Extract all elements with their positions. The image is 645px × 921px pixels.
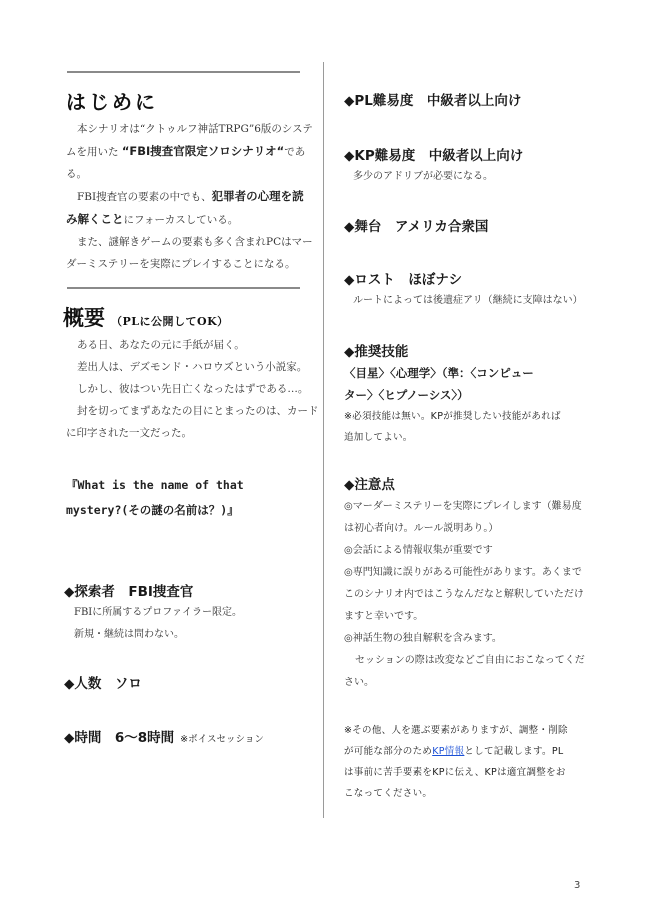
intro-line: み解くことにフォーカスしている。 (66, 208, 313, 231)
players-heading: ◆人数 ソロ (64, 672, 142, 692)
footnote-line: こなってください。 (344, 783, 568, 804)
kp-difficulty-note: 多少のアドリブが必要になる。 (353, 166, 493, 188)
intro-line: る。 (66, 163, 313, 185)
skills-note-line: 追加してよい。 (344, 427, 561, 448)
overview-line: に印字された一文だった。 (66, 422, 319, 444)
overview-subtitle: （PLに公開してOK） (111, 315, 229, 328)
pl-difficulty-heading: ◆PL難易度 中級者以上向け (344, 89, 521, 109)
kp-info-link[interactable]: KP情報 (432, 746, 464, 757)
card-quote: 『What is the name of that mystery?(その謎の名… (66, 473, 244, 523)
footnote-line: が可能な部分のためKP情報として記載します。PL (344, 741, 568, 762)
intro-paragraph: 本シナリオは“クトゥルフ神話TRPG”6版のシステ ムを用いた “FBI捜査官限… (66, 118, 313, 275)
emphasis-text: “FBI捜査官限定ソロシナリオ“ (122, 144, 284, 158)
overview-title: 概要（PLに公開してOK） (63, 302, 229, 332)
column-divider (323, 62, 324, 818)
skills-heading: ◆推奨技能 (344, 340, 408, 360)
skills-line: ター〉〈ヒプノーシス〉） (344, 384, 534, 406)
footnote-line: ※その他、人を選ぶ要素がありますが、調整・削除 (344, 720, 568, 741)
top-rule (67, 71, 300, 73)
intro-line: また、謎解きゲームの要素も多く含まれPCはマー (66, 231, 313, 253)
overview-line: ある日、あなたの元に手紙が届く。 (66, 334, 319, 356)
page-number: 3 (574, 880, 580, 891)
stage-heading: ◆舞台 アメリカ合衆国 (344, 215, 488, 235)
intro-title: はじめに (66, 86, 158, 115)
caution-list: ◎マーダーミステリーを実際にプレイします（難易度 は初心者向け。ルール説明あり。… (344, 496, 585, 694)
caution-line: ◎会話による情報収集が重要です (344, 540, 585, 562)
caution-heading: ◆注意点 (344, 473, 395, 493)
time-note: ※ボイスセッション (180, 734, 264, 745)
footnote-line: は事前に苦手要素をKPに伝え、KPは適宜調整をお (344, 762, 568, 783)
caution-line: ◎専門知識に誤りがある可能性があります。あくまで (344, 562, 585, 584)
quote-line: 『What is the name of that (66, 473, 244, 498)
skills-notes: ※必須技能は無い。KPが推奨したい技能があれば 追加してよい。 (344, 406, 561, 448)
caution-line: このシナリオ内ではこうなんだなと解釈していただけ (344, 584, 585, 606)
investigator-heading: ◆探索者 FBI捜査官 (64, 580, 193, 600)
overview-paragraph: ある日、あなたの元に手紙が届く。 差出人は、デズモンド・ハロウズという小説家。 … (66, 334, 319, 444)
section-rule (67, 287, 300, 289)
lost-note: ルートによっては後遺症アリ（継続に支障はない） (353, 290, 583, 312)
time-heading-text: ◆時間 6〜8時間 (64, 730, 174, 746)
caution-line: ◎マーダーミステリーを実際にプレイします（難易度 (344, 496, 585, 518)
emphasis-text: み解くこと (66, 212, 124, 226)
intro-line: 本シナリオは“クトゥルフ神話TRPG”6版のシステ (66, 118, 313, 140)
footnote: ※その他、人を選ぶ要素がありますが、調整・削除 が可能な部分のためKP情報として… (344, 720, 568, 804)
skills-note-line: ※必須技能は無い。KPが推奨したい技能があれば (344, 406, 561, 427)
time-heading: ◆時間 6〜8時間※ボイスセッション (64, 726, 264, 746)
investigator-body: FBIに所属するプロファイラー限定。 新規・継続は問わない。 (74, 602, 242, 646)
caution-line: セッションの際は改変などご自由におこなってくだ (344, 650, 585, 672)
overview-line: 差出人は、デズモンド・ハロウズという小説家。 (66, 356, 319, 378)
skills-list: 〈目星〉〈心理学〉（準：〈コンピュー ター〉〈ヒプノーシス〉） (344, 362, 534, 406)
caution-line: は初心者向け。ルール説明あり。） (344, 518, 585, 540)
caution-line: さい。 (344, 672, 585, 694)
caution-line: ◎神話生物の独自解釈を含みます。 (344, 628, 585, 650)
skills-line: 〈目星〉〈心理学〉（準：〈コンピュー (344, 362, 534, 384)
document-page: はじめに 本シナリオは“クトゥルフ神話TRPG”6版のシステ ムを用いた “FB… (0, 0, 645, 921)
quote-line: mystery?(その謎の名前は？)』 (66, 498, 244, 523)
intro-line: ムを用いた “FBI捜査官限定ソロシナリオ“であ (66, 140, 313, 163)
intro-line: ダーミステリーを実際にプレイすることになる。 (66, 253, 313, 275)
overview-line: 封を切ってまずあなたの目にとまったのは、カード (66, 400, 319, 422)
caution-line: ますと幸いです。 (344, 606, 585, 628)
investigator-line: 新規・継続は問わない。 (74, 624, 242, 646)
emphasis-text: 犯罪者の心理を読 (212, 189, 304, 203)
investigator-line: FBIに所属するプロファイラー限定。 (74, 602, 242, 624)
overview-title-text: 概要 (63, 305, 105, 330)
intro-line: FBI捜査官の要素の中でも、犯罪者の心理を読 (66, 185, 313, 208)
overview-line: しかし、彼はつい先日亡くなったはずである…。 (66, 378, 319, 400)
lost-heading: ◆ロスト ほぼナシ (344, 268, 462, 288)
kp-difficulty-heading: ◆KP難易度 中級者以上向け (344, 144, 523, 164)
